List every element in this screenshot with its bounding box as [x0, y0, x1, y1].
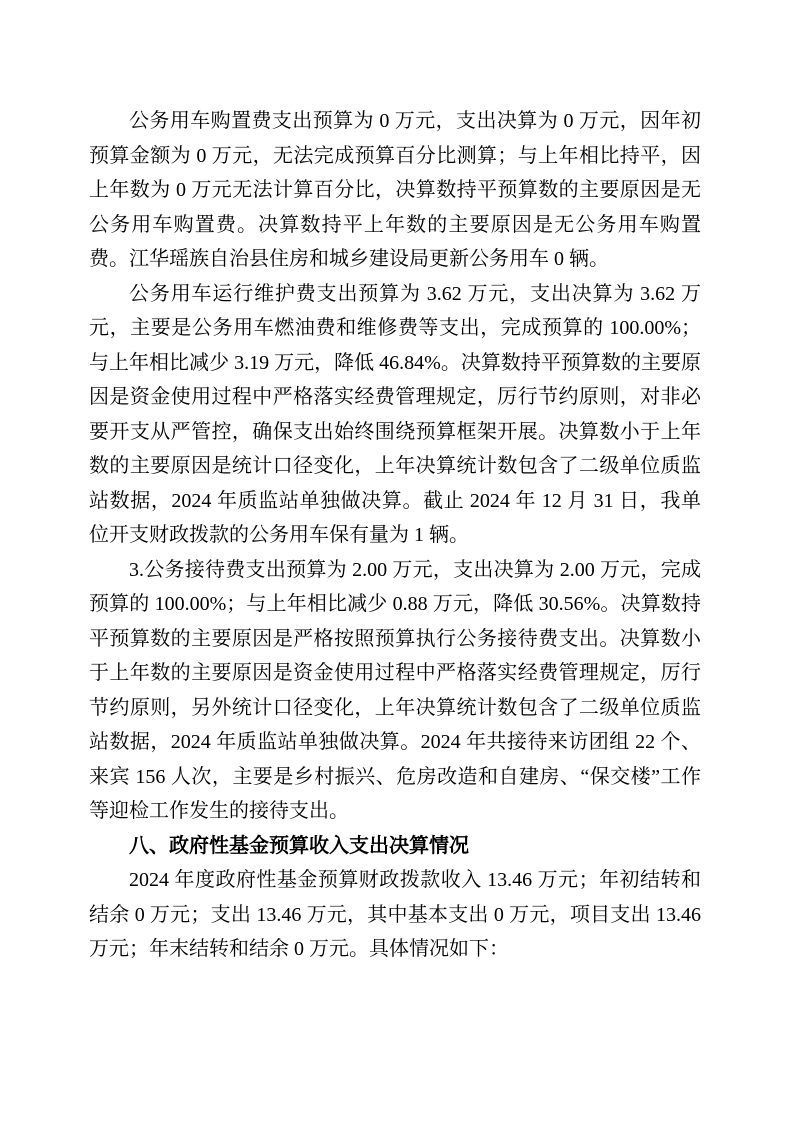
document-page: 公务用车购置费支出预算为 0 万元，支出决算为 0 万元，因年初预算金额为 0 …	[0, 0, 793, 1122]
paragraph-government-fund-budget-summary: 2024 年度政府性基金预算财政拨款收入 13.46 万元；年初结转和结余 0 …	[89, 863, 701, 967]
document-body: 公务用车购置费支出预算为 0 万元，支出决算为 0 万元，因年初预算金额为 0 …	[89, 104, 701, 967]
paragraph-vehicle-maintenance-expense: 公务用车运行维护费支出预算为 3.62 万元，支出决算为 3.62 万元，主要是…	[89, 277, 701, 553]
paragraph-official-reception-expense: 3.公务接待费支出预算为 2.00 万元，支出决算为 2.00 万元，完成预算的…	[89, 553, 701, 829]
paragraph-vehicle-purchase-expense: 公务用车购置费支出预算为 0 万元，支出决算为 0 万元，因年初预算金额为 0 …	[89, 104, 701, 277]
section-heading-government-fund-budget: 八、政府性基金预算收入支出决算情况	[89, 829, 701, 864]
